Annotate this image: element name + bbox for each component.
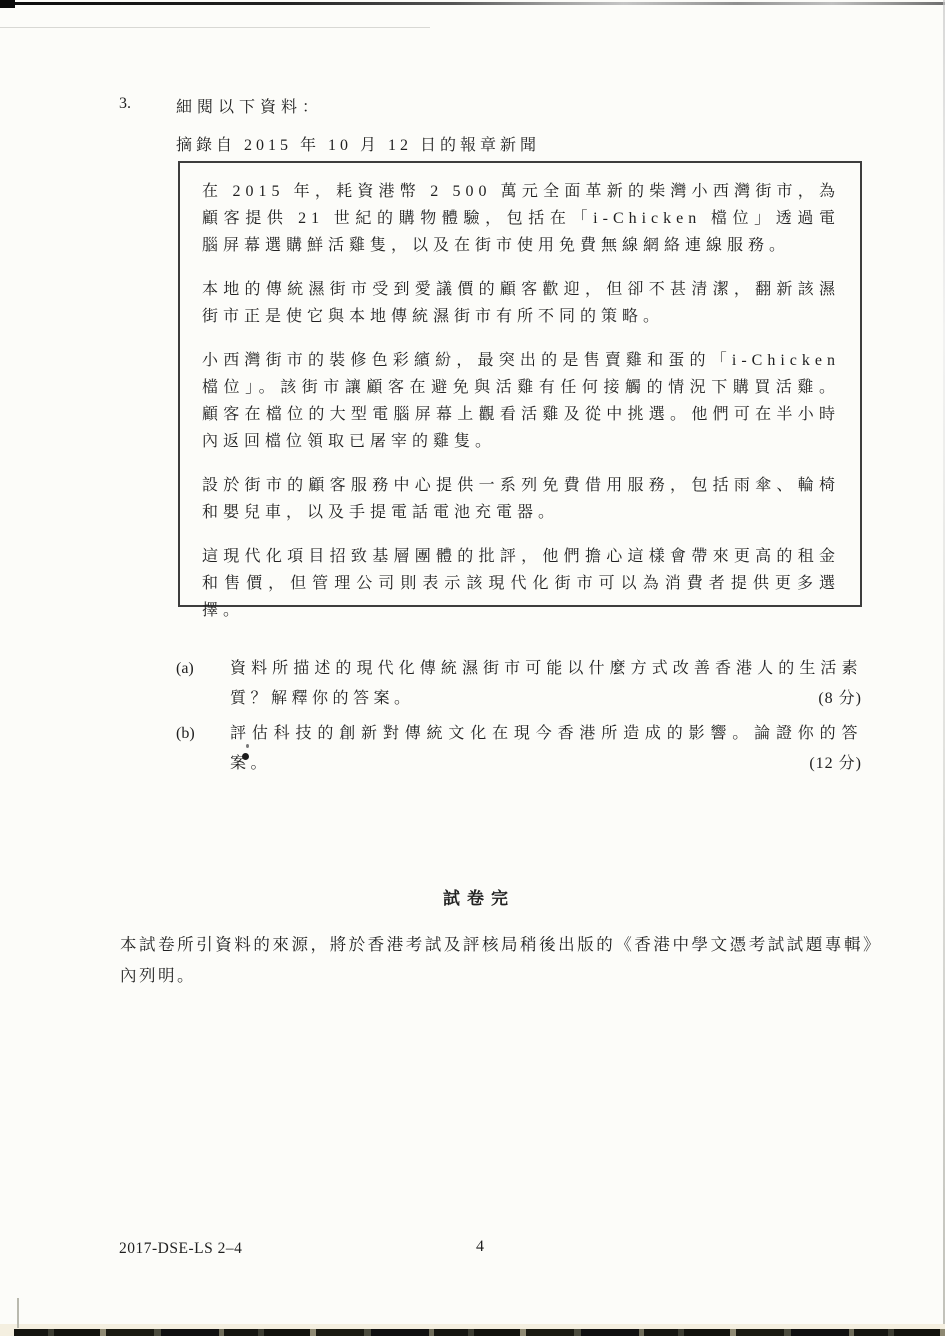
question-a-row: (a) 資料所描述的現代化傳統濕街市可能以什麼方式改善香港人的生活素質？解釋你的…	[176, 654, 862, 714]
question-a-marks: (8 分)	[818, 684, 862, 714]
question-a-body: 資料所描述的現代化傳統濕街市可能以什麼方式改善香港人的生活素質？解釋你的答案。 …	[230, 654, 862, 714]
question-a-label: (a)	[176, 654, 230, 714]
question-b-row: (b) 評估科技的創新對傳統文化在現今香港所造成的影響。論證你的答案。 (12 …	[176, 719, 862, 779]
passage-paragraph-4: 設於街市的顧客服務中心提供一系列免費借用服務，包括雨傘、輪椅和嬰兒車，以及手提電…	[202, 472, 840, 526]
scan-top-edge-line	[0, 2, 945, 5]
passage-paragraph-5: 這現代化項目招致基層團體的批評，他們擔心這樣會帶來更高的租金和售價，但管理公司則…	[202, 543, 840, 624]
instruction-text: 細閱以下資料：	[176, 94, 323, 117]
end-of-paper-title: 試卷完	[0, 884, 945, 909]
scan-top-left-blob	[0, 0, 15, 8]
scan-left-edge-tick	[17, 1298, 19, 1328]
question-a-text: 資料所描述的現代化傳統濕街市可能以什麼方式改善香港人的生活素質？解釋你的答案。	[230, 660, 862, 707]
scan-bottom-edge-line	[14, 1329, 945, 1336]
source-note: 本試卷所引資料的來源，將於香港考試及評核局稍後出版的《香港中學文憑考試試題專輯》…	[120, 929, 882, 991]
question-number: 3.	[119, 95, 131, 113]
passage-paragraph-2: 本地的傳統濕街市受到愛議價的顧客歡迎，但卻不甚清潔，翻新該濕街市正是使它與本地傳…	[202, 276, 840, 330]
passage-paragraph-1: 在 2015 年，耗資港幣 2 500 萬元全面革新的柴灣小西灣街市，為顧客提供…	[202, 178, 840, 259]
scan-faint-shadow-line	[0, 27, 430, 28]
question-b-marks: (12 分)	[809, 749, 862, 779]
question-b-body: 評估科技的創新對傳統文化在現今香港所造成的影響。論證你的答案。 (12 分)	[230, 719, 862, 779]
question-b-label: (b)	[176, 719, 230, 779]
passage-paragraph-3: 小西灣街市的裝修色彩繽紛，最突出的是售賣雞和蛋的「i-Chicken 檔位」。該…	[202, 347, 840, 455]
source-caption: 摘錄自 2015 年 10 月 12 日的報章新聞	[176, 132, 540, 155]
scanned-exam-page: 3. 細閱以下資料： 摘錄自 2015 年 10 月 12 日的報章新聞 在 2…	[0, 0, 945, 1336]
passage-box: 在 2015 年，耗資港幣 2 500 萬元全面革新的柴灣小西灣街市，為顧客提供…	[178, 161, 862, 607]
footer-page-number: 4	[0, 1238, 945, 1256]
question-b-text: 評估科技的創新對傳統文化在現今香港所造成的影響。論證你的答案。	[230, 725, 862, 772]
